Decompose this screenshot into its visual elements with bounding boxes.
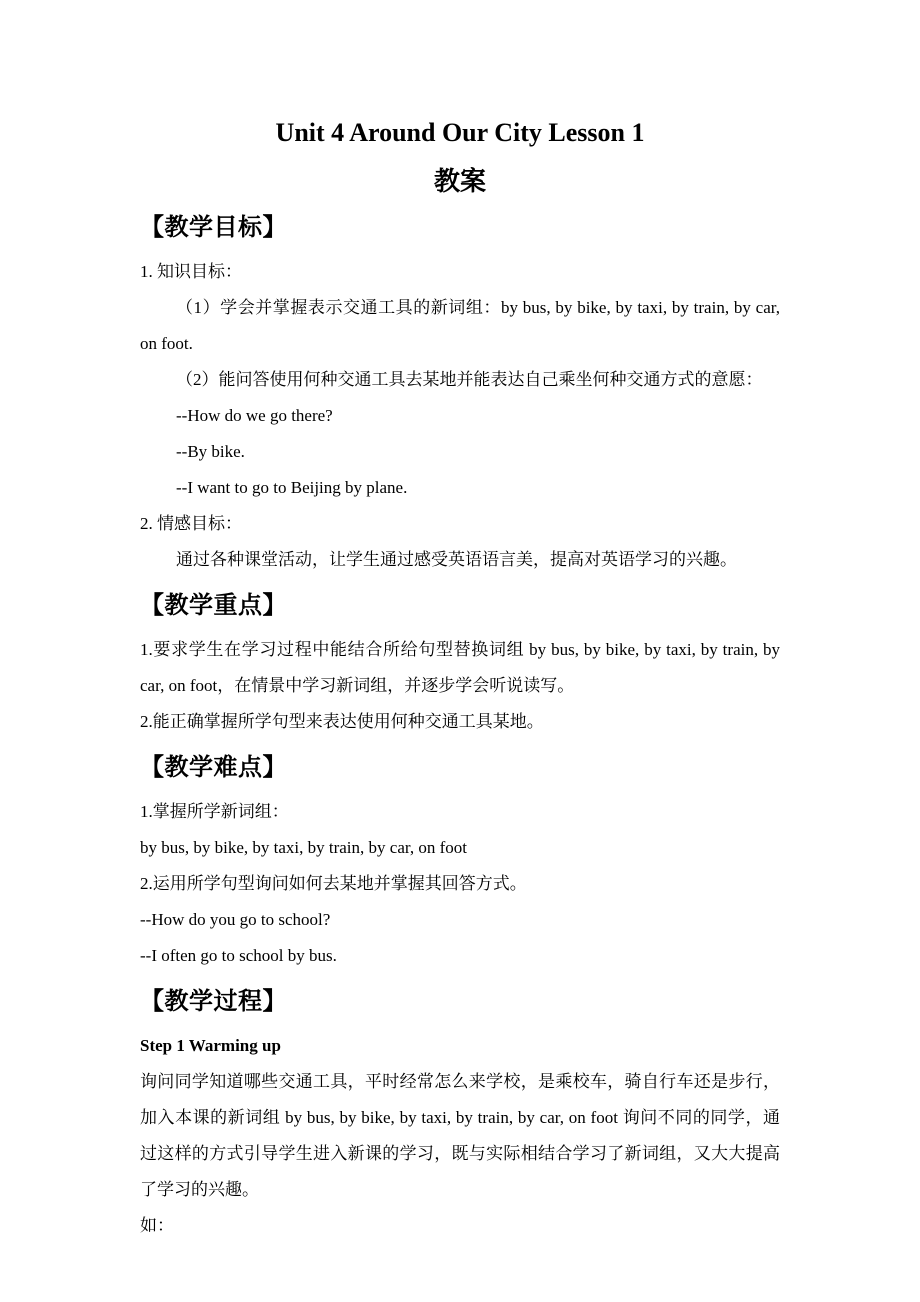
paragraph-emotion-objective-label: 2. 情感目标： bbox=[140, 506, 780, 542]
document-page: Unit 4 Around Our City Lesson 1 教案 【教学目标… bbox=[0, 0, 920, 1302]
section-teaching-difficulties: 【教学难点】 1.掌握所学新词组： by bus, by bike, by ta… bbox=[140, 750, 780, 974]
paragraph-dialogue-by-bus: --I often go to school by bus. bbox=[140, 938, 780, 974]
paragraph-step1-heading: Step 1 Warming up bbox=[140, 1028, 780, 1064]
paragraph-step1-body: 询问同学知道哪些交通工具，平时经常怎么来学校，是乘校车，骑自行车还是步行，加入本… bbox=[140, 1064, 780, 1208]
section-heading-key-points: 【教学重点】 bbox=[140, 588, 780, 624]
paragraph-dialogue-question: --How do we go there? bbox=[140, 398, 780, 434]
paragraph-objective-1: （1）学会并掌握表示交通工具的新词组：by bus, by bike, by t… bbox=[140, 290, 780, 362]
section-heading-objectives: 【教学目标】 bbox=[140, 210, 780, 246]
paragraph-phrase-list: by bus, by bike, by taxi, by train, by c… bbox=[140, 830, 780, 866]
section-heading-process: 【教学过程】 bbox=[140, 984, 780, 1020]
paragraph-example-label: 如： bbox=[140, 1208, 780, 1244]
doc-title: Unit 4 Around Our City Lesson 1 bbox=[140, 116, 780, 150]
paragraph-key-point-2: 2.能正确掌握所学句型来表达使用何种交通工具某地。 bbox=[140, 704, 780, 740]
paragraph-dialogue-want: --I want to go to Beijing by plane. bbox=[140, 470, 780, 506]
section-heading-difficulties: 【教学难点】 bbox=[140, 750, 780, 786]
section-teaching-process: 【教学过程】 Step 1 Warming up 询问同学知道哪些交通工具，平时… bbox=[140, 984, 780, 1244]
paragraph-emotion-objective: 通过各种课堂活动，让学生通过感受英语语言美，提高对英语学习的兴趣。 bbox=[140, 542, 780, 578]
paragraph-dialogue-answer: --By bike. bbox=[140, 434, 780, 470]
paragraph-dialogue-how-school: --How do you go to school? bbox=[140, 902, 780, 938]
doc-subtitle: 教案 bbox=[140, 164, 780, 200]
paragraph-objective-2: （2）能问答使用何种交通工具去某地并能表达自己乘坐何种交通方式的意愿： bbox=[140, 362, 780, 398]
section-teaching-key-points: 【教学重点】 1.要求学生在学习过程中能结合所给句型替换词组 by bus, b… bbox=[140, 588, 780, 740]
paragraph-difficulty-1: 1.掌握所学新词组： bbox=[140, 794, 780, 830]
paragraph-difficulty-2: 2.运用所学句型询问如何去某地并掌握其回答方式。 bbox=[140, 866, 780, 902]
section-teaching-objectives: 【教学目标】 1. 知识目标： （1）学会并掌握表示交通工具的新词组：by bu… bbox=[140, 210, 780, 578]
paragraph-knowledge-objective-label: 1. 知识目标： bbox=[140, 254, 780, 290]
paragraph-key-point-1: 1.要求学生在学习过程中能结合所给句型替换词组 by bus, by bike,… bbox=[140, 632, 780, 704]
